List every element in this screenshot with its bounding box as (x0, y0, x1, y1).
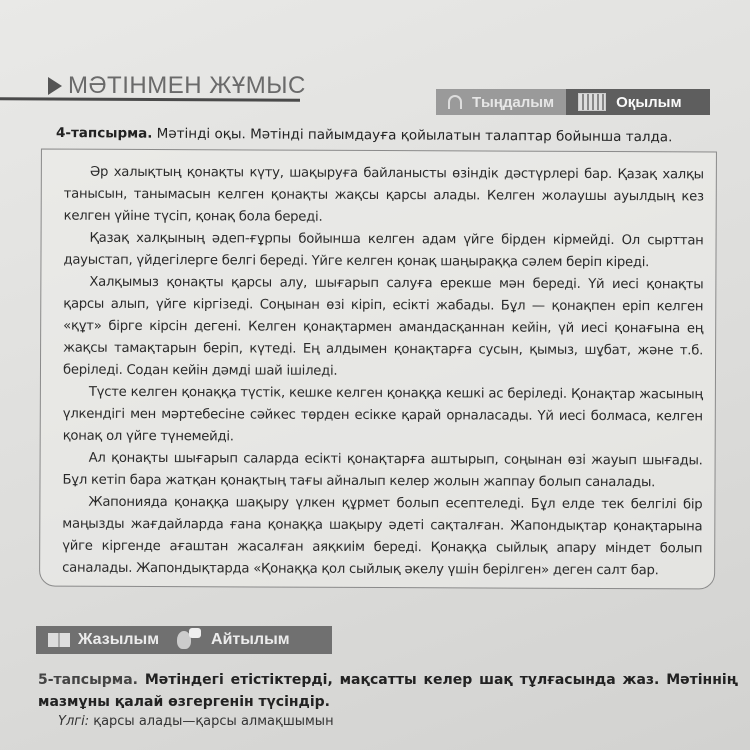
example-text: қарсы алады—қарсы алмақшымын (93, 714, 333, 729)
skill-tabs-bottom: Жазылым Айтылым (36, 626, 332, 654)
speaking-icon (177, 631, 191, 649)
example-label: Үлгі: (58, 714, 89, 729)
task-instruction: Мәтінді оқы. Мәтінді пайымдауға қойылаты… (157, 126, 673, 146)
skill-tab-speaking: Айтылым (177, 631, 290, 649)
task-number: 4-тапсырма. (56, 125, 153, 142)
task-4-heading: 4-тапсырма. Мәтінді оқы. Мәтінді пайымда… (56, 125, 736, 146)
section-title: МӘТІНМЕН ЖҰМЫС (48, 72, 306, 100)
skill-tab-label: Айтылым (211, 631, 290, 649)
headphones-icon (448, 95, 462, 109)
paragraph: Түсте келген қонаққа түстік, кешке келге… (63, 382, 703, 451)
section-title-text: МӘТІНМЕН ЖҰМЫС (68, 72, 306, 100)
skill-tab-label: Жазылым (78, 631, 159, 649)
paragraph: Халқымыз қонақты қарсы алу, шығарып салу… (63, 272, 703, 385)
task-instruction: Мәтіндегі етістіктерді, мақсатты келер ш… (38, 672, 738, 710)
task-number: 5-тапсырма. (38, 672, 138, 688)
skill-tab-listening: Тыңдалым (436, 89, 566, 115)
paragraph: Ал қонақты шығарып саларда есікті қонақт… (62, 448, 702, 495)
paragraph: Жапонияда қонаққа шақыру үлкен құрмет бо… (62, 492, 702, 583)
triangle-right-icon (48, 77, 62, 95)
skill-tab-writing: Жазылым (48, 631, 159, 649)
paragraph: Қазақ халқының әдеп-ғұрпы бойынша келген… (63, 228, 703, 275)
task-5-heading: 5-тапсырма. Мәтіндегі етістіктерді, мақс… (38, 669, 738, 713)
skill-tabs-top: Тыңдалым Оқылым (436, 89, 710, 115)
book-icon (578, 93, 606, 111)
paragraph: Әр халықтың қонақты күту, шақыруға байла… (64, 162, 704, 231)
reading-text-box: Әр халықтың қонақты күту, шақыруға байла… (39, 149, 717, 590)
skill-tab-label: Тыңдалым (472, 94, 554, 111)
skill-tab-reading: Оқылым (566, 89, 710, 115)
title-underline (0, 97, 300, 102)
example-line: Үлгі: қарсы алады—қарсы алмақшымын (58, 714, 334, 729)
writing-icon (48, 633, 70, 647)
skill-tab-label: Оқылым (616, 94, 681, 111)
